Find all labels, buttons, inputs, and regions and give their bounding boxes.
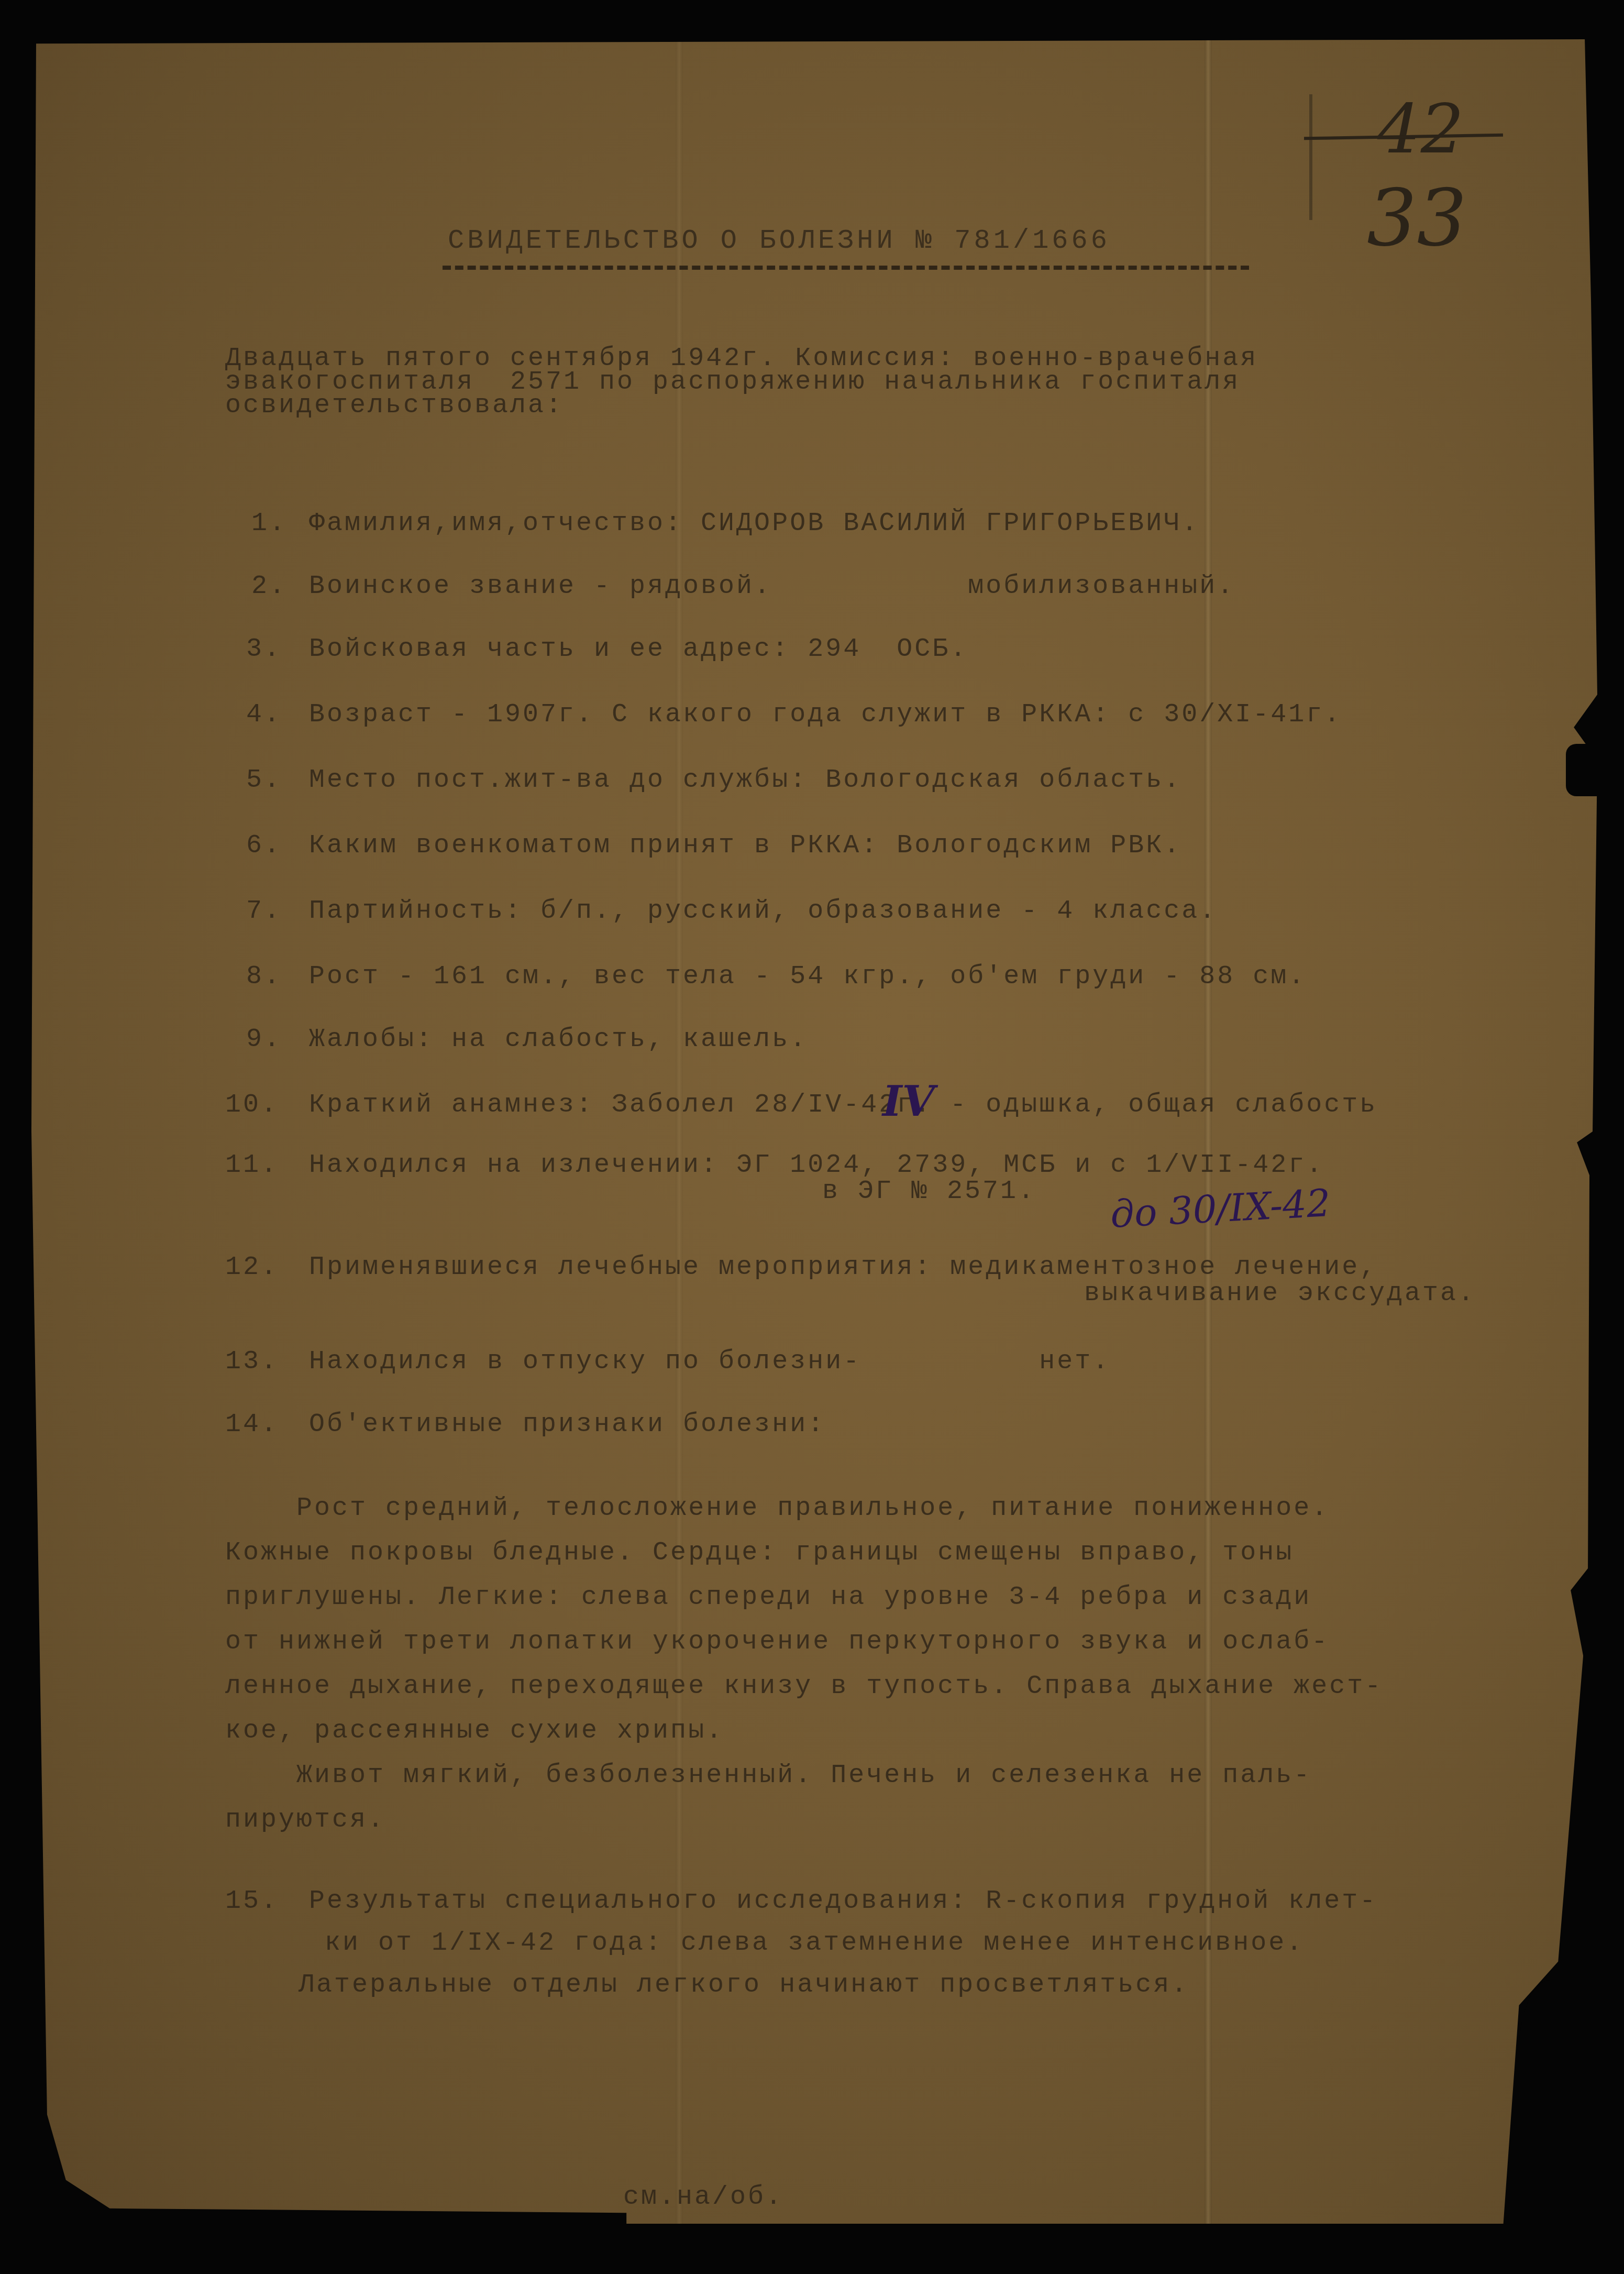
findings-line: пируются. [225, 1807, 385, 1833]
findings-line: кое, рассеянные сухие хрипы. [225, 1718, 724, 1744]
item-text-continuation: в ЭГ № 2571. [822, 1179, 1036, 1205]
item-number: 7. [246, 898, 282, 925]
item-text: Воинское звание - рядовой. мобилизованны… [309, 574, 1235, 600]
item-text: Краткий анамнез: Заболел 28/IV-42г. - од… [309, 1092, 1377, 1118]
handwritten-month-correction: IV [882, 1076, 935, 1126]
item-text: Возраст - 1907г. С какого года служит в … [309, 702, 1342, 728]
item-number: 8. [246, 964, 282, 990]
item-number: 5. [246, 767, 282, 794]
item-text-continuation: выкачивание экссудата. [1084, 1281, 1476, 1307]
struck-page-number: 42 [1377, 89, 1464, 169]
item-text-continuation: ки от 1/IX-42 года: слева затемнение мен… [325, 1930, 1304, 1957]
item-number: 15. [225, 1888, 279, 1915]
page-number: 33 [1367, 173, 1467, 264]
torn-edge [1519, 1980, 1624, 2274]
item-text: Результаты специального исследования: R-… [309, 1888, 1377, 1915]
intro-line: освидетельствовала: [225, 393, 564, 419]
torn-notch [1566, 744, 1624, 796]
item-number: 14. [225, 1412, 279, 1438]
item-number: 4. [246, 702, 282, 728]
item-text: Место пост.жит-ва до службы: Вологодская… [309, 767, 1181, 794]
findings-line: от нижней трети лопатки укорочение перку… [225, 1629, 1329, 1655]
item-text: Находился на излечении: ЭГ 1024, 2739, М… [309, 1152, 1324, 1179]
item-text: Находился в отпуску по болезни- нет. [309, 1349, 1110, 1375]
item-text: Партийность: б/п., русский, образование … [309, 898, 1217, 925]
item-number: 2. [251, 574, 287, 600]
item-number: 10. [225, 1092, 279, 1118]
document-title: СВИДЕТЕЛЬСТВО О БОЛЕЗНИ № 781/1666 [448, 225, 1110, 256]
findings-line: ленное дыхание, переходящее книзу в тупо… [225, 1674, 1383, 1700]
item-number: 12. [225, 1255, 279, 1281]
findings-line: Рост средний, телосложение правильное, п… [225, 1496, 1329, 1522]
item-number: 1. [251, 511, 287, 537]
item-text: Жалобы: на слабость, кашель. [309, 1027, 808, 1053]
item-text: Каким военкоматом принят в РККА: Вологод… [309, 833, 1181, 859]
item-number: 3. [246, 636, 282, 663]
findings-line: Живот мягкий, безболезненный. Печень и с… [225, 1763, 1311, 1789]
findings-line: приглушены. Легкие: слева спереди на уро… [225, 1585, 1311, 1611]
title-underline [443, 266, 1249, 270]
item-text: Войсковая часть и ее адрес: 294 ОСБ. [309, 636, 968, 663]
item-number: 13. [225, 1349, 279, 1375]
see-reverse-note: см.на/об. [623, 2184, 783, 2211]
item-text: Об'ективные признаки болезни: [309, 1412, 825, 1438]
findings-line: Кожные покровы бледные. Сердце: границы … [225, 1540, 1294, 1566]
margin-line [1309, 94, 1312, 220]
item-text: Фамилия,имя,отчество: СИДОРОВ ВАСИЛИЙ ГР… [309, 511, 1199, 537]
item-number: 6. [246, 833, 282, 859]
item-text: Применявшиеся лечебные мероприятия: меди… [309, 1255, 1377, 1281]
item-number: 9. [246, 1027, 282, 1053]
item-text: Рост - 161 см., вес тела - 54 кгр., об'е… [309, 964, 1306, 990]
item-number: 11. [225, 1152, 279, 1179]
item-text-continuation: Латеральные отделы легкого начинают прос… [299, 1972, 1189, 1998]
